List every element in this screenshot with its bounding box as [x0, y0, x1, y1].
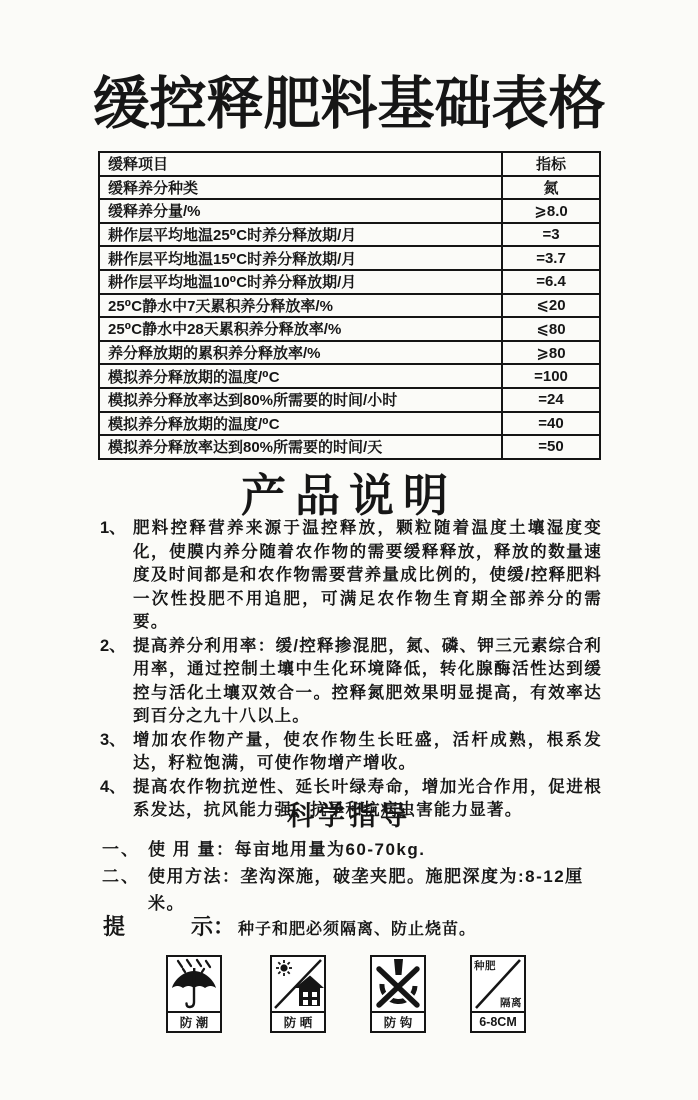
umbrella-rain-icon — [168, 957, 220, 1011]
row-value: =3.7 — [502, 246, 600, 270]
table-row: 耕作层平均地温25⁰C时养分释放期/月 =3 — [99, 223, 600, 247]
item-number: 一、 — [102, 836, 148, 863]
crossed-hook-icon — [372, 957, 424, 1011]
separation-bottom-text: 隔离 — [500, 995, 522, 1010]
row-label: 缓释养分种类 — [99, 176, 502, 200]
row-label: 模拟养分释放率达到80%所需要的时间/天 — [99, 435, 502, 459]
item-number: 1、 — [100, 517, 133, 635]
row-value: =100 — [502, 364, 600, 388]
list-item: 二、 使用方法：垄沟深施，破垄夹肥。施肥深度为:8-12厘米。 — [102, 863, 602, 917]
item-text: 使 用 量：每亩地用量为60-70kg. — [148, 836, 602, 863]
table-row: 缓释养分种类 氮 — [99, 176, 600, 200]
item-text: 增加农作物产量，使农作物生长旺盛，活杆成熟，根系发达，籽粒饱满，可使作物增产增收… — [133, 729, 602, 776]
table-row: 25⁰C静水中7天累积养分释放率/% ⩽20 — [99, 294, 600, 318]
item-number: 二、 — [102, 863, 148, 917]
no-hooks-pictogram: 防 钩 — [370, 955, 426, 1033]
row-label: 模拟养分释放期的温度/⁰C — [99, 412, 502, 436]
pictogram-caption: 6-8CM — [472, 1011, 524, 1031]
guidance-list: 一、 使 用 量：每亩地用量为60-70kg. 二、 使用方法：垄沟深施，破垄夹… — [102, 836, 602, 917]
row-value: =24 — [502, 388, 600, 412]
list-item: 2、 提高养分利用率：缓/控释掺混肥，氮、磷、钾三元素综合利用率，通过控制土壤中… — [100, 635, 602, 729]
table-row: 缓释养分量/% ⩾8.0 — [99, 199, 600, 223]
item-text: 提高养分利用率：缓/控释掺混肥，氮、磷、钾三元素综合利用率，通过控制土壤中生化环… — [133, 635, 602, 729]
header-label-cell: 缓释项目 — [99, 152, 502, 176]
row-label: 耕作层平均地温15⁰C时养分释放期/月 — [99, 246, 502, 270]
row-value: =50 — [502, 435, 600, 459]
pictogram-caption: 防 晒 — [272, 1011, 324, 1031]
list-item: 3、 增加农作物产量，使农作物生长旺盛，活杆成熟，根系发达，籽粒饱满，可使作物增… — [100, 729, 602, 776]
table-row: 耕作层平均地温10⁰C时养分释放期/月 =6.4 — [99, 270, 600, 294]
table-row: 模拟养分释放期的温度/⁰C =100 — [99, 364, 600, 388]
sun-house-icon — [272, 957, 324, 1011]
row-value: ⩽80 — [502, 317, 600, 341]
item-text: 使用方法：垄沟深施，破垄夹肥。施肥深度为:8-12厘米。 — [148, 863, 602, 917]
moisture-proof-pictogram: 防 潮 — [166, 955, 222, 1033]
fertilizer-label-page: 缓控释肥料基础表格 缓释项目 指标 缓释养分种类 氮 缓释养分量/% ⩾8.0 … — [0, 0, 698, 1100]
tip-text: 种子和肥必须隔离、防止烧苗。 — [238, 916, 476, 939]
row-label: 耕作层平均地温25⁰C时养分释放期/月 — [99, 223, 502, 247]
product-description-list: 1、 肥料控释营养来源于温控释放，颗粒随着温度土壤湿度变化，使膜内养分随着农作物… — [100, 517, 602, 823]
product-description-heading: 产品说明 — [0, 459, 698, 524]
table-row: 25⁰C静水中28天累积养分释放率/% ⩽80 — [99, 317, 600, 341]
tip-label-left: 提 — [103, 910, 125, 941]
row-label: 模拟养分释放期的温度/⁰C — [99, 364, 502, 388]
table-row: 模拟养分释放期的温度/⁰C =40 — [99, 412, 600, 436]
row-value: =40 — [502, 412, 600, 436]
item-number: 3、 — [100, 729, 133, 776]
row-label: 养分释放期的累积养分释放率/% — [99, 341, 502, 365]
row-label: 缓释养分量/% — [99, 199, 502, 223]
page-title: 缓控释肥料基础表格 — [0, 58, 698, 140]
row-value: ⩾8.0 — [502, 199, 600, 223]
list-item: 一、 使 用 量：每亩地用量为60-70kg. — [102, 836, 602, 863]
tip-label-right: 示： — [191, 910, 235, 941]
row-value: =3 — [502, 223, 600, 247]
item-text: 肥料控释营养来源于温控释放，颗粒随着温度土壤湿度变化，使膜内养分随着农作物的需要… — [133, 517, 602, 635]
spec-table: 缓释项目 指标 缓释养分种类 氮 缓释养分量/% ⩾8.0 耕作层平均地温25⁰… — [98, 151, 601, 460]
row-value: 氮 — [502, 176, 600, 200]
separation-top-text: 种肥 — [474, 958, 496, 973]
list-item: 1、 肥料控释营养来源于温控释放，颗粒随着温度土壤湿度变化，使膜内养分随着农作物… — [100, 517, 602, 635]
row-label: 耕作层平均地温10⁰C时养分释放期/月 — [99, 270, 502, 294]
table-row: 模拟养分释放率达到80%所需要的时间/天 =50 — [99, 435, 600, 459]
row-value: ⩾80 — [502, 341, 600, 365]
row-value: =6.4 — [502, 270, 600, 294]
table-row: 耕作层平均地温15⁰C时养分释放期/月 =3.7 — [99, 246, 600, 270]
table-header-row: 缓释项目 指标 — [99, 152, 600, 176]
row-label: 25⁰C静水中28天累积养分释放率/% — [99, 317, 502, 341]
row-label: 模拟养分释放率达到80%所需要的时间/小时 — [99, 388, 502, 412]
pictogram-caption: 防 潮 — [168, 1011, 220, 1031]
row-label: 25⁰C静水中7天累积养分释放率/% — [99, 294, 502, 318]
table-row: 养分释放期的累积养分释放率/% ⩾80 — [99, 341, 600, 365]
table-row: 模拟养分释放率达到80%所需要的时间/小时 =24 — [99, 388, 600, 412]
separation-diagonal-icon: 种肥 隔离 — [472, 957, 524, 1011]
guidance-heading: 科学指导 — [0, 794, 698, 833]
seed-fertilizer-separation-pictogram: 种肥 隔离 6-8CM — [470, 955, 526, 1033]
item-number: 2、 — [100, 635, 133, 729]
header-value-cell: 指标 — [502, 152, 600, 176]
sun-proof-pictogram: 防 晒 — [270, 955, 326, 1033]
tip-line: 提 示： 种子和肥必须隔离、防止烧苗。 — [103, 910, 623, 941]
row-value: ⩽20 — [502, 294, 600, 318]
pictogram-caption: 防 钩 — [372, 1011, 424, 1031]
